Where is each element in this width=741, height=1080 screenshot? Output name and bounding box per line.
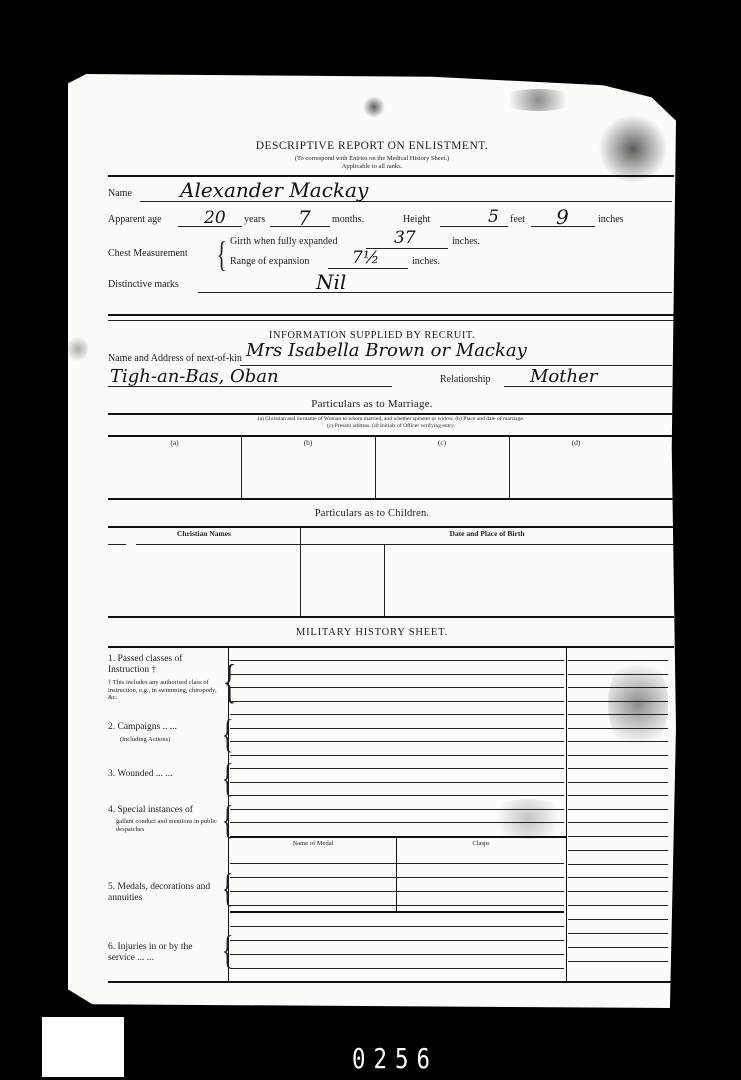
marriage-note: (a) Christian and Surname of Woman to wh… bbox=[108, 416, 674, 423]
ruled-line bbox=[568, 850, 668, 851]
ruled-line bbox=[230, 863, 564, 864]
frame-counter: 0256 bbox=[352, 1042, 438, 1075]
brace-icon: { bbox=[222, 864, 234, 912]
relationship-value: Mother bbox=[530, 366, 597, 387]
months-label: months. bbox=[332, 214, 364, 225]
ruled-line bbox=[568, 728, 668, 729]
column-divider bbox=[509, 436, 510, 498]
column-divider bbox=[241, 436, 242, 498]
ruled-line bbox=[230, 905, 564, 906]
ruled-line bbox=[568, 877, 668, 878]
document-title: DESCRIPTIVE REPORT ON ENLISTMENT. bbox=[68, 140, 676, 152]
military-history-heading: MILITARY HISTORY SHEET. bbox=[68, 627, 676, 638]
marks-label: Distinctive marks bbox=[108, 279, 179, 290]
document-subtitle-2: Applicable to all ranks. bbox=[68, 163, 676, 171]
brace-icon: { bbox=[222, 796, 234, 844]
section-4-label: 4. Special instances of bbox=[108, 805, 220, 816]
ruled-line bbox=[230, 674, 564, 675]
divider bbox=[108, 616, 674, 618]
section-2-note: (including Actions) bbox=[120, 736, 220, 744]
range-unit: inches. bbox=[412, 256, 440, 267]
ruled-line bbox=[230, 660, 564, 661]
ruled-line bbox=[568, 933, 668, 934]
brace-icon: { bbox=[222, 710, 234, 758]
ruled-line bbox=[230, 968, 564, 969]
ruled-line bbox=[568, 961, 668, 962]
section-4-note: gallant conduct and mentions in public d… bbox=[116, 818, 220, 833]
ruled-line bbox=[568, 822, 668, 823]
ruled-line bbox=[568, 905, 668, 906]
divider bbox=[108, 320, 674, 321]
section-2-label: 2. Campaigns .. ... bbox=[108, 722, 220, 733]
divider bbox=[108, 646, 674, 648]
feet-label: feet bbox=[510, 214, 525, 225]
girth-label: Girth when fully expanded bbox=[230, 236, 337, 247]
girth-value: 37 bbox=[394, 228, 416, 248]
column-divider bbox=[396, 837, 397, 911]
ruled-line bbox=[230, 728, 564, 729]
ruled-line bbox=[230, 701, 564, 702]
height-inches-value: 9 bbox=[556, 205, 569, 229]
children-col-birth: Date and Place of Birth bbox=[300, 529, 674, 538]
divider bbox=[108, 544, 126, 545]
relationship-label: Relationship bbox=[440, 374, 491, 385]
ruled-line bbox=[568, 755, 668, 756]
ruled-line bbox=[230, 782, 564, 783]
marriage-heading: Particulars as to Marriage. bbox=[68, 398, 676, 410]
divider bbox=[108, 413, 674, 415]
column-divider bbox=[375, 436, 376, 498]
ruled-line bbox=[230, 741, 564, 742]
ruled-line bbox=[230, 809, 564, 810]
children-col-names: Christian Names bbox=[108, 529, 300, 538]
brace-icon: { bbox=[223, 652, 237, 712]
document-subtitle: (To correspond with Entries on the Medic… bbox=[68, 155, 676, 163]
ruled-line bbox=[230, 954, 564, 955]
divider bbox=[108, 981, 674, 983]
name-value: Alexander Mackay bbox=[180, 178, 368, 202]
age-months-value: 7 bbox=[298, 206, 311, 230]
column-divider bbox=[300, 527, 301, 617]
ruled-line bbox=[230, 911, 564, 913]
age-label: Apparent age bbox=[108, 214, 162, 225]
height-feet-value: 5 bbox=[488, 207, 499, 227]
divider bbox=[108, 175, 674, 177]
ink-stain bbox=[608, 654, 668, 754]
range-line bbox=[328, 268, 408, 269]
ruled-line bbox=[568, 782, 668, 783]
brace-icon: { bbox=[216, 234, 226, 274]
ruled-line bbox=[568, 741, 668, 742]
marriage-col-c: (c) bbox=[375, 438, 509, 447]
ruled-line bbox=[230, 714, 564, 715]
brace-icon: { bbox=[222, 926, 234, 974]
ruled-line bbox=[230, 926, 564, 927]
years-label: years bbox=[244, 214, 265, 225]
kin-name-value: Mrs Isabella Brown or Mackay bbox=[246, 340, 527, 361]
ruled-line bbox=[230, 755, 564, 756]
divider bbox=[108, 526, 674, 528]
ruled-line bbox=[568, 919, 668, 920]
ink-stain bbox=[363, 96, 385, 118]
ruled-line bbox=[230, 768, 564, 769]
ruled-line bbox=[230, 891, 564, 892]
ruled-line bbox=[230, 795, 564, 796]
ruled-line bbox=[568, 891, 668, 892]
ruled-line bbox=[230, 877, 564, 878]
marriage-col-a: (a) bbox=[108, 438, 241, 447]
ruled-line bbox=[568, 809, 668, 810]
frame-label-box bbox=[42, 1017, 124, 1077]
chest-label: Chest Measurement bbox=[108, 248, 188, 259]
ruled-line bbox=[230, 940, 564, 941]
document-page: DESCRIPTIVE REPORT ON ENLISTMENT. (To co… bbox=[68, 74, 676, 1008]
height-label: Height bbox=[403, 214, 430, 225]
ruled-line bbox=[230, 836, 566, 838]
ruled-line bbox=[568, 714, 668, 715]
kin-name-line bbox=[240, 365, 672, 366]
range-label: Range of expansion bbox=[230, 256, 309, 267]
ruled-line bbox=[568, 947, 668, 948]
ruled-line bbox=[568, 864, 668, 865]
column-divider bbox=[384, 544, 385, 617]
marriage-col-b: (b) bbox=[241, 438, 375, 447]
inches-label: inches bbox=[598, 214, 624, 225]
ruled-line bbox=[568, 768, 668, 769]
divider bbox=[136, 544, 676, 545]
ruled-line bbox=[568, 701, 668, 702]
ruled-line bbox=[230, 822, 564, 823]
ruled-line bbox=[230, 687, 564, 688]
ink-stain bbox=[488, 799, 568, 839]
kin-label: Name and Address of next-of-kin bbox=[108, 353, 242, 364]
ruled-line bbox=[568, 795, 668, 796]
section-5-label: 5. Medals, decorations and annuities bbox=[108, 882, 220, 904]
section-3-label: 3. Wounded ... ... bbox=[108, 769, 220, 780]
medal-col-name: Name of Medal bbox=[230, 840, 396, 847]
marks-value: Nil bbox=[316, 270, 346, 294]
marks-line bbox=[198, 292, 672, 293]
divider bbox=[108, 314, 674, 316]
divider bbox=[108, 498, 674, 500]
girth-unit: inches. bbox=[452, 236, 480, 247]
brace-icon: { bbox=[222, 754, 234, 802]
ruled-line bbox=[568, 660, 668, 661]
ruled-line bbox=[568, 836, 668, 837]
section-1-label: 1. Passed classes of Instruction † bbox=[108, 654, 220, 676]
marriage-col-d: (d) bbox=[509, 438, 643, 447]
range-value: 7½ bbox=[352, 248, 379, 268]
divider bbox=[108, 435, 674, 437]
kin-address-value: Tigh-an-Bas, Oban bbox=[110, 366, 279, 387]
column-divider bbox=[566, 648, 567, 982]
section-6-label: 6. Injuries in or by the service ... ... bbox=[108, 942, 220, 964]
marriage-note-2: (c) Present address. (d) Initials of Off… bbox=[108, 423, 674, 430]
ruled-line bbox=[568, 674, 668, 675]
children-heading: Particulars as to Children. bbox=[68, 508, 676, 519]
medal-col-clasps: Clasps bbox=[398, 840, 564, 847]
name-label: Name bbox=[108, 188, 132, 199]
age-years-value: 20 bbox=[204, 208, 226, 228]
ruled-line bbox=[568, 687, 668, 688]
ink-stain bbox=[498, 89, 578, 111]
section-1-note: † This includes any authorised class of … bbox=[108, 679, 220, 702]
